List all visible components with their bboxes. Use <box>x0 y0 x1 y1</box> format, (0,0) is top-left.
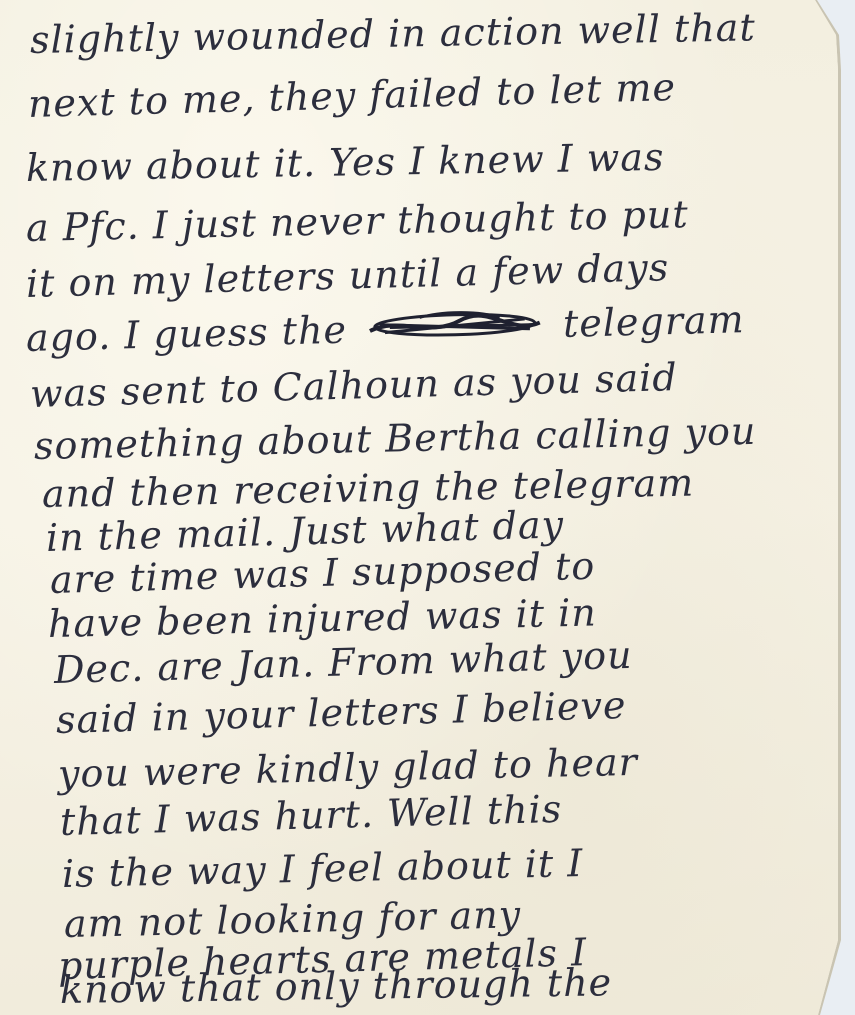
letter-line-14: said in your letters I believe <box>55 683 627 742</box>
letter-line-16: that I was hurt. Well this <box>59 787 562 844</box>
handwritten-letter: slightly wounded in action well that nex… <box>0 0 840 1015</box>
letter-line-7: was sent to Calhoun as you said <box>29 355 678 416</box>
letter-line-2: next to me, they failed to let me <box>27 65 676 126</box>
letter-line-8: something about Bertha calling you <box>34 409 757 468</box>
letter-line-6-telegram: telegram <box>562 297 745 346</box>
letter-line-3: know about it. Yes I knew I was <box>26 135 665 190</box>
scribble-strikethrough-icon <box>359 304 550 349</box>
letter-line-17: is the way I feel about it I <box>62 841 584 896</box>
crossed-out-word <box>360 314 551 347</box>
letter-line-20: know that only through the <box>60 960 613 1012</box>
letter-line-1: slightly wounded in action well that <box>30 5 756 62</box>
letter-line-6-text: ago. I guess the <box>25 308 347 360</box>
letter-line-5: it on my letters until a few days <box>25 245 669 306</box>
letter-line-6: ago. I guess the telegram <box>25 297 745 360</box>
letter-line-4: a Pfc. I just never thought to put <box>26 192 689 250</box>
